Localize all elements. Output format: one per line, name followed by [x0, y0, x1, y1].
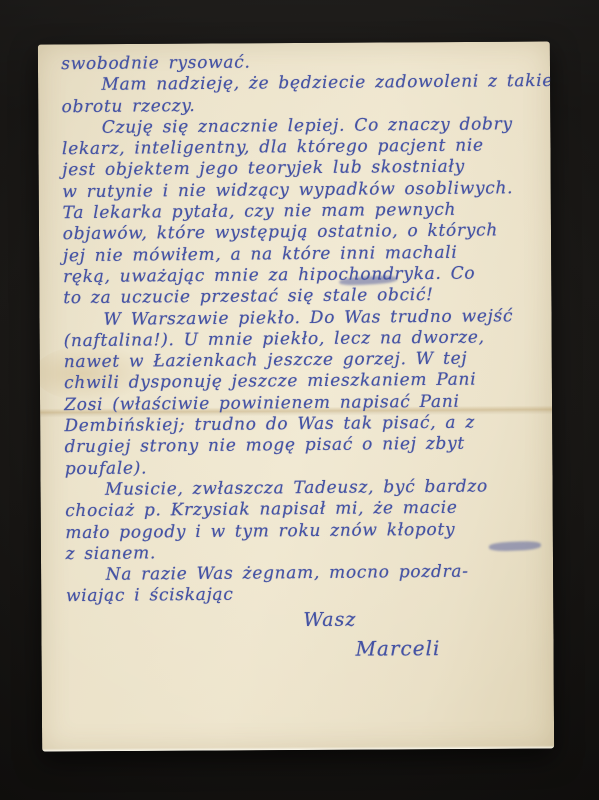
letter-line: (naftalina!). U mnie piekło, lecz na dwo… — [64, 326, 555, 352]
letter-line: w rutynie i nie widzący wypadków osobliw… — [62, 177, 554, 203]
letter-page: swobodnie rysować.Mam nadzieję, że będzi… — [38, 41, 554, 751]
letter-body: swobodnie rysować.Mam nadzieję, że będzi… — [61, 49, 554, 608]
letter-line: Musicie, zwłaszcza Tadeusz, być bardzo — [65, 475, 554, 501]
letter-signature: Marceli — [355, 636, 440, 661]
letter-line: objawów, które występują ostatnio, o któ… — [63, 220, 554, 246]
letter-line: wiając i ściskając — [66, 582, 554, 608]
letter-line: Mam nadzieję, że będziecie zadowoleni z … — [61, 71, 554, 97]
letter-closing: Wasz — [303, 609, 356, 631]
